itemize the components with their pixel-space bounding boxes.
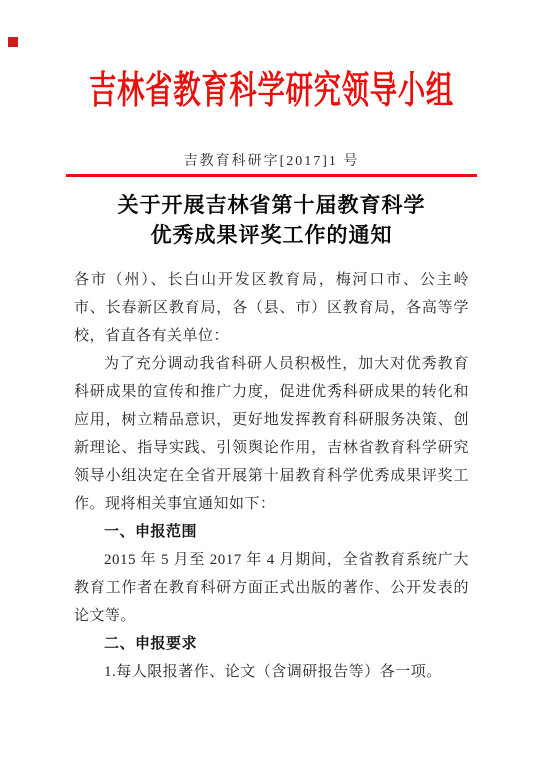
organization-title: 吉林省教育科学研究领导小组: [76, 70, 467, 112]
document-number: 吉教育科研字[2017]1 号: [0, 152, 543, 172]
section-2-item-1: 1.每人限报著作、论文（含调研报告等）各一项。: [74, 658, 469, 686]
document-body: 各市（州）、长白山开发区教育局，梅河口市、公主岭市、长春新区教育局，各（县、市）…: [74, 266, 469, 686]
salutation-paragraph: 各市（州）、长白山开发区教育局，梅河口市、公主岭市、长春新区教育局，各（县、市）…: [74, 266, 469, 350]
section-heading-1: 一、申报范围: [74, 518, 469, 546]
document-page: 吉林省教育科学研究领导小组 吉教育科研字[2017]1 号 关于开展吉林省第十届…: [0, 0, 543, 768]
red-divider-line: [66, 174, 477, 177]
document-title-line2: 优秀成果评奖工作的通知: [0, 220, 543, 250]
corner-red-mark: [8, 37, 18, 47]
section-heading-2: 二、申报要求: [74, 630, 469, 658]
document-title-line1: 关于开展吉林省第十届教育科学: [0, 190, 543, 220]
section-1-paragraph: 2015 年 5 月至 2017 年 4 月期间，全省教育系统广大教育工作者在教…: [74, 546, 469, 630]
document-title: 关于开展吉林省第十届教育科学 优秀成果评奖工作的通知: [0, 190, 543, 250]
intro-paragraph: 为了充分调动我省科研人员积极性，加大对优秀教育科研成果的宣传和推广力度，促进优秀…: [74, 350, 469, 518]
